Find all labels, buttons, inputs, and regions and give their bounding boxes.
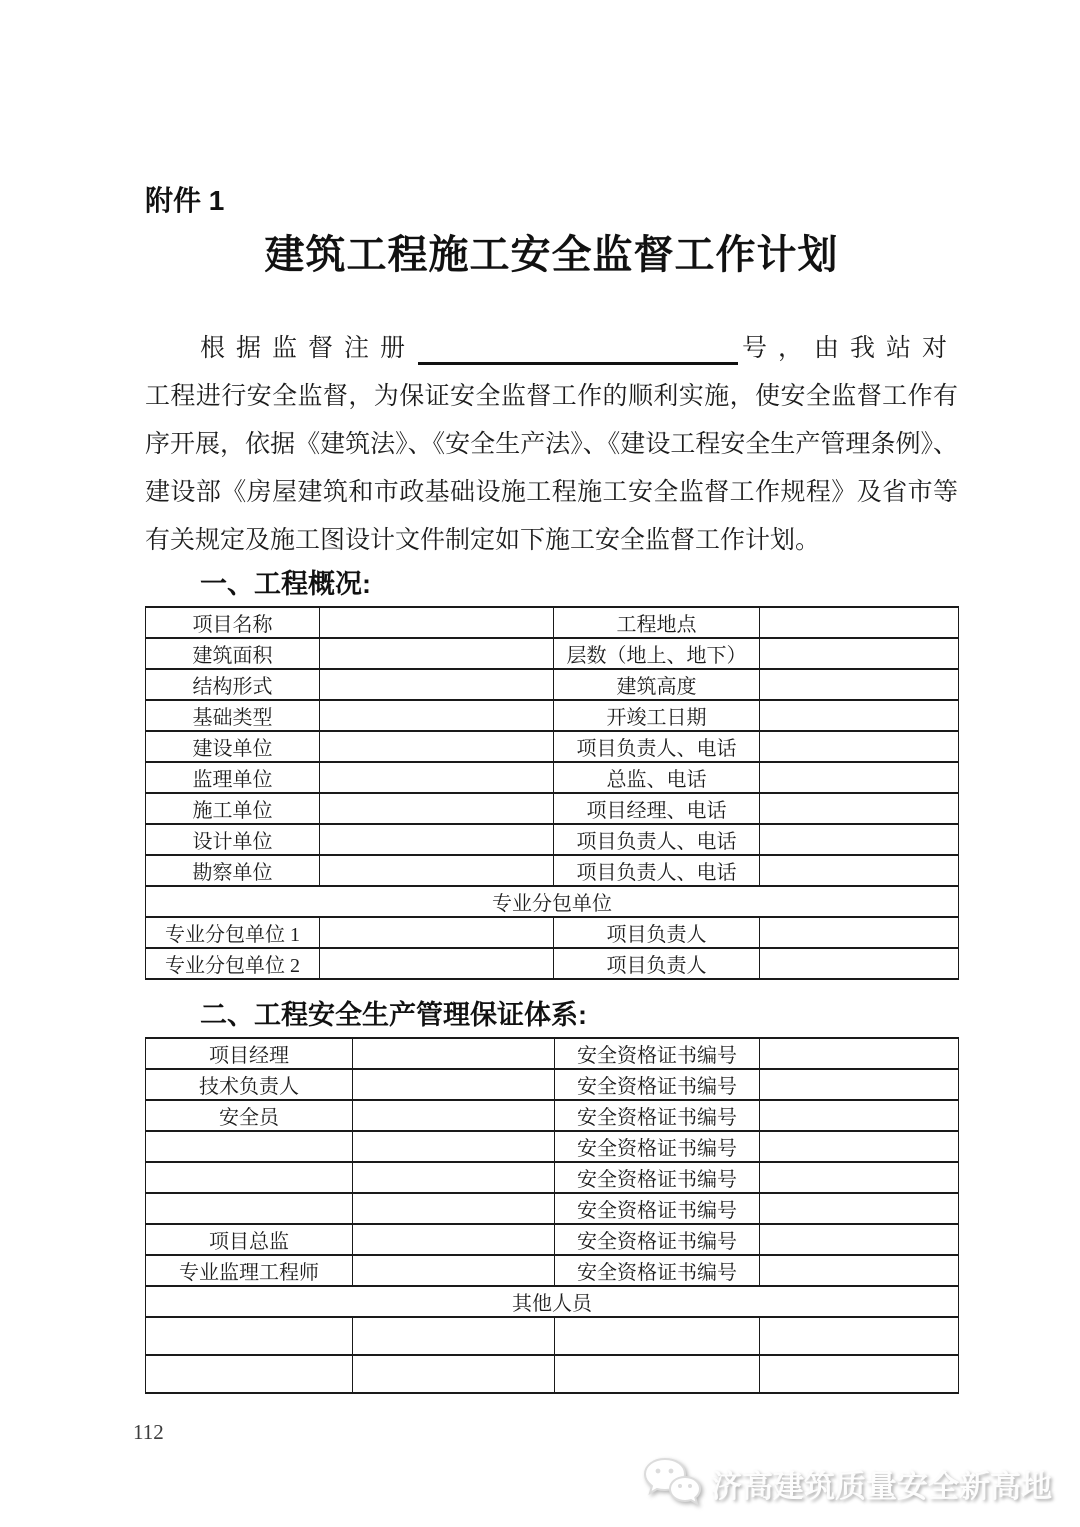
section-heading-project-overview: 一、工程概况:: [145, 569, 958, 600]
section-heading-safety-system: 二、工程安全生产管理保证体系:: [145, 1000, 958, 1031]
table-cell-value: [760, 1255, 959, 1286]
table-row-span: 专业分包单位: [146, 886, 959, 917]
table-cell-label: 项目经理、电话: [554, 793, 760, 824]
table-row: 项目总监 安全资格证书编号: [146, 1224, 959, 1255]
table-cell-label: 项目名称: [146, 607, 320, 638]
table-cell-label: 项目负责人、电话: [554, 855, 760, 886]
table-cell-value: [555, 1355, 760, 1393]
table-span-header: 专业分包单位: [146, 886, 959, 917]
table-cell-label: 开竣工日期: [554, 700, 760, 731]
table-cell-label: 勘察单位: [146, 855, 320, 886]
table-row: 项目经理 安全资格证书编号: [146, 1038, 959, 1069]
table-cell-value: [353, 1355, 555, 1393]
table-cell-label: [146, 1193, 353, 1224]
table-cell-label: 建筑面积: [146, 638, 320, 669]
table-cell-label: 项目负责人: [554, 917, 760, 948]
table-row: 监理单位 总监、电话: [146, 762, 959, 793]
table-cell-value: [320, 793, 554, 824]
table-cell-value: [760, 793, 959, 824]
table-row: 安全资格证书编号: [146, 1162, 959, 1193]
table-cell-label: 施工单位: [146, 793, 320, 824]
table-cell-value: [760, 1162, 959, 1193]
paragraph-line-4: 建设部《房屋建筑和市政基础设施工程施工安全监督工作规程》及省市等: [145, 469, 958, 517]
table-cell-value: [760, 1317, 959, 1355]
table-cell-label: 安全资格证书编号: [555, 1038, 760, 1069]
paragraph-line-3: 序开展，依据《建筑法》、《安全生产法》、《建设工程安全生产管理条例》、: [145, 421, 958, 469]
table-row: 设计单位 项目负责人、电话: [146, 824, 959, 855]
table-cell-label: 安全资格证书编号: [555, 1224, 760, 1255]
table-cell-value: [760, 607, 959, 638]
table-cell-value: [760, 669, 959, 700]
table-cell-value: [760, 1100, 959, 1131]
table-cell-value: [760, 731, 959, 762]
table-cell-label: 安全资格证书编号: [555, 1193, 760, 1224]
table-cell-value: [353, 1131, 555, 1162]
table-cell-label: 安全员: [146, 1100, 353, 1131]
table-row: 项目名称 工程地点: [146, 607, 959, 638]
table-cell-label: 建筑高度: [554, 669, 760, 700]
table-cell-label: 建设单位: [146, 731, 320, 762]
table-cell-value: [353, 1162, 555, 1193]
table-cell-label: 安全资格证书编号: [555, 1162, 760, 1193]
table-cell-value: [353, 1038, 555, 1069]
table-cell-value: [320, 700, 554, 731]
table-cell-label: 工程地点: [554, 607, 760, 638]
table-cell-value: [760, 1038, 959, 1069]
table-cell-label: [146, 1162, 353, 1193]
project-overview-table: 项目名称 工程地点 建筑面积 层数（地上、地下） 结构形式 建筑高度 基础类型: [145, 606, 959, 980]
table-cell-label: 设计单位: [146, 824, 320, 855]
table-cell-value: [320, 855, 554, 886]
table-cell-value: [760, 855, 959, 886]
table-row: 基础类型 开竣工日期: [146, 700, 959, 731]
table-cell-label: 总监、电话: [554, 762, 760, 793]
table-cell-value: [353, 1224, 555, 1255]
table-cell-value: [320, 607, 554, 638]
wechat-icon: [641, 1455, 703, 1512]
table-cell-label: 项目总监: [146, 1224, 353, 1255]
table-row: 专业分包单位 2 项目负责人: [146, 948, 959, 979]
table-cell-label: 项目负责人、电话: [554, 731, 760, 762]
table-row: 勘察单位 项目负责人、电话: [146, 855, 959, 886]
intro-paragraph: 根据监督注册 号，由我站对 工程进行安全监督，为保证安全监督工作的顺利实施，使安…: [145, 325, 958, 565]
table-row: 安全员 安全资格证书编号: [146, 1100, 959, 1131]
safety-system-table: 项目经理 安全资格证书编号 技术负责人 安全资格证书编号 安全员 安全资格证书编…: [145, 1037, 959, 1394]
watermark: 济高建筑质量安全新高地: [641, 1455, 1052, 1512]
paragraph-line-1: 根据监督注册 号，由我站对: [145, 325, 958, 373]
paragraph-line-1-prefix: 根据监督注册: [200, 325, 416, 373]
table-cell-value: [320, 762, 554, 793]
table-cell-value: [760, 824, 959, 855]
table-cell-value: [353, 1100, 555, 1131]
paragraph-line-5: 有关规定及施工图设计文件制定如下施工安全监督工作计划。: [145, 517, 958, 565]
table-cell-label: 专业分包单位 2: [146, 948, 320, 979]
table-row: 技术负责人 安全资格证书编号: [146, 1069, 959, 1100]
table-cell-value: [760, 1131, 959, 1162]
table-cell-value: [353, 1317, 555, 1355]
table-cell-value: [320, 638, 554, 669]
table-cell-label: 专业监理工程师: [146, 1255, 353, 1286]
page-number: 112: [133, 1420, 164, 1445]
table-cell-label: [146, 1131, 353, 1162]
table-cell-value: [320, 669, 554, 700]
paragraph-line-2: 工程进行安全监督，为保证安全监督工作的顺利实施，使安全监督工作有: [145, 373, 958, 421]
table-cell-value: [353, 1193, 555, 1224]
table-row: 安全资格证书编号: [146, 1193, 959, 1224]
table-cell-label: 监理单位: [146, 762, 320, 793]
attachment-label: 附件 1: [145, 186, 958, 217]
watermark-text: 济高建筑质量安全新高地: [711, 1461, 1052, 1506]
table-cell-label: 结构形式: [146, 669, 320, 700]
table-cell-value: [320, 917, 554, 948]
table-cell-value: [320, 731, 554, 762]
registration-number-blank: [418, 362, 738, 365]
table-row: [146, 1317, 959, 1355]
table-cell-label: 项目经理: [146, 1038, 353, 1069]
table-span-header: 其他人员: [146, 1286, 959, 1317]
document-content: 附件 1 建筑工程施工安全监督工作计划 根据监督注册 号，由我站对 工程进行安全…: [145, 186, 958, 1394]
table-cell-value: [760, 762, 959, 793]
table-row: 专业分包单位 1 项目负责人: [146, 917, 959, 948]
table-row: 安全资格证书编号: [146, 1131, 959, 1162]
table-cell-value: [760, 1355, 959, 1393]
table-cell-value: [760, 1193, 959, 1224]
table-cell-label: 安全资格证书编号: [555, 1069, 760, 1100]
table-cell-label: 基础类型: [146, 700, 320, 731]
table-cell-label: 项目负责人、电话: [554, 824, 760, 855]
table-row: 结构形式 建筑高度: [146, 669, 959, 700]
page-title: 建筑工程施工安全监督工作计划: [145, 229, 958, 281]
table-cell-value: [353, 1255, 555, 1286]
table-cell-value: [320, 948, 554, 979]
table-cell-value: [320, 824, 554, 855]
table-cell-label: 层数（地上、地下）: [554, 638, 760, 669]
table-cell-value: [760, 948, 959, 979]
paragraph-line-1-suffix: 号，由我站对: [742, 325, 958, 373]
table-cell-value: [760, 638, 959, 669]
table-cell-value: [353, 1069, 555, 1100]
table-row-span: 其他人员: [146, 1286, 959, 1317]
table-row: 建筑面积 层数（地上、地下）: [146, 638, 959, 669]
table-cell-value: [146, 1355, 353, 1393]
table-cell-value: [146, 1317, 353, 1355]
table-cell-label: 安全资格证书编号: [555, 1100, 760, 1131]
table-cell-label: 安全资格证书编号: [555, 1255, 760, 1286]
table-cell-value: [760, 700, 959, 731]
table-cell-label: 专业分包单位 1: [146, 917, 320, 948]
table-row: 施工单位 项目经理、电话: [146, 793, 959, 824]
table-cell-label: 安全资格证书编号: [555, 1131, 760, 1162]
table-cell-label: 技术负责人: [146, 1069, 353, 1100]
table-cell-label: 项目负责人: [554, 948, 760, 979]
table-row: 建设单位 项目负责人、电话: [146, 731, 959, 762]
table-row: 专业监理工程师 安全资格证书编号: [146, 1255, 959, 1286]
table-cell-value: [555, 1317, 760, 1355]
document-page: { "doc": { "attachment_label": "附件 1", "…: [0, 0, 1080, 1527]
table-row: [146, 1355, 959, 1393]
table-cell-value: [760, 1069, 959, 1100]
table-cell-value: [760, 917, 959, 948]
table-cell-value: [760, 1224, 959, 1255]
